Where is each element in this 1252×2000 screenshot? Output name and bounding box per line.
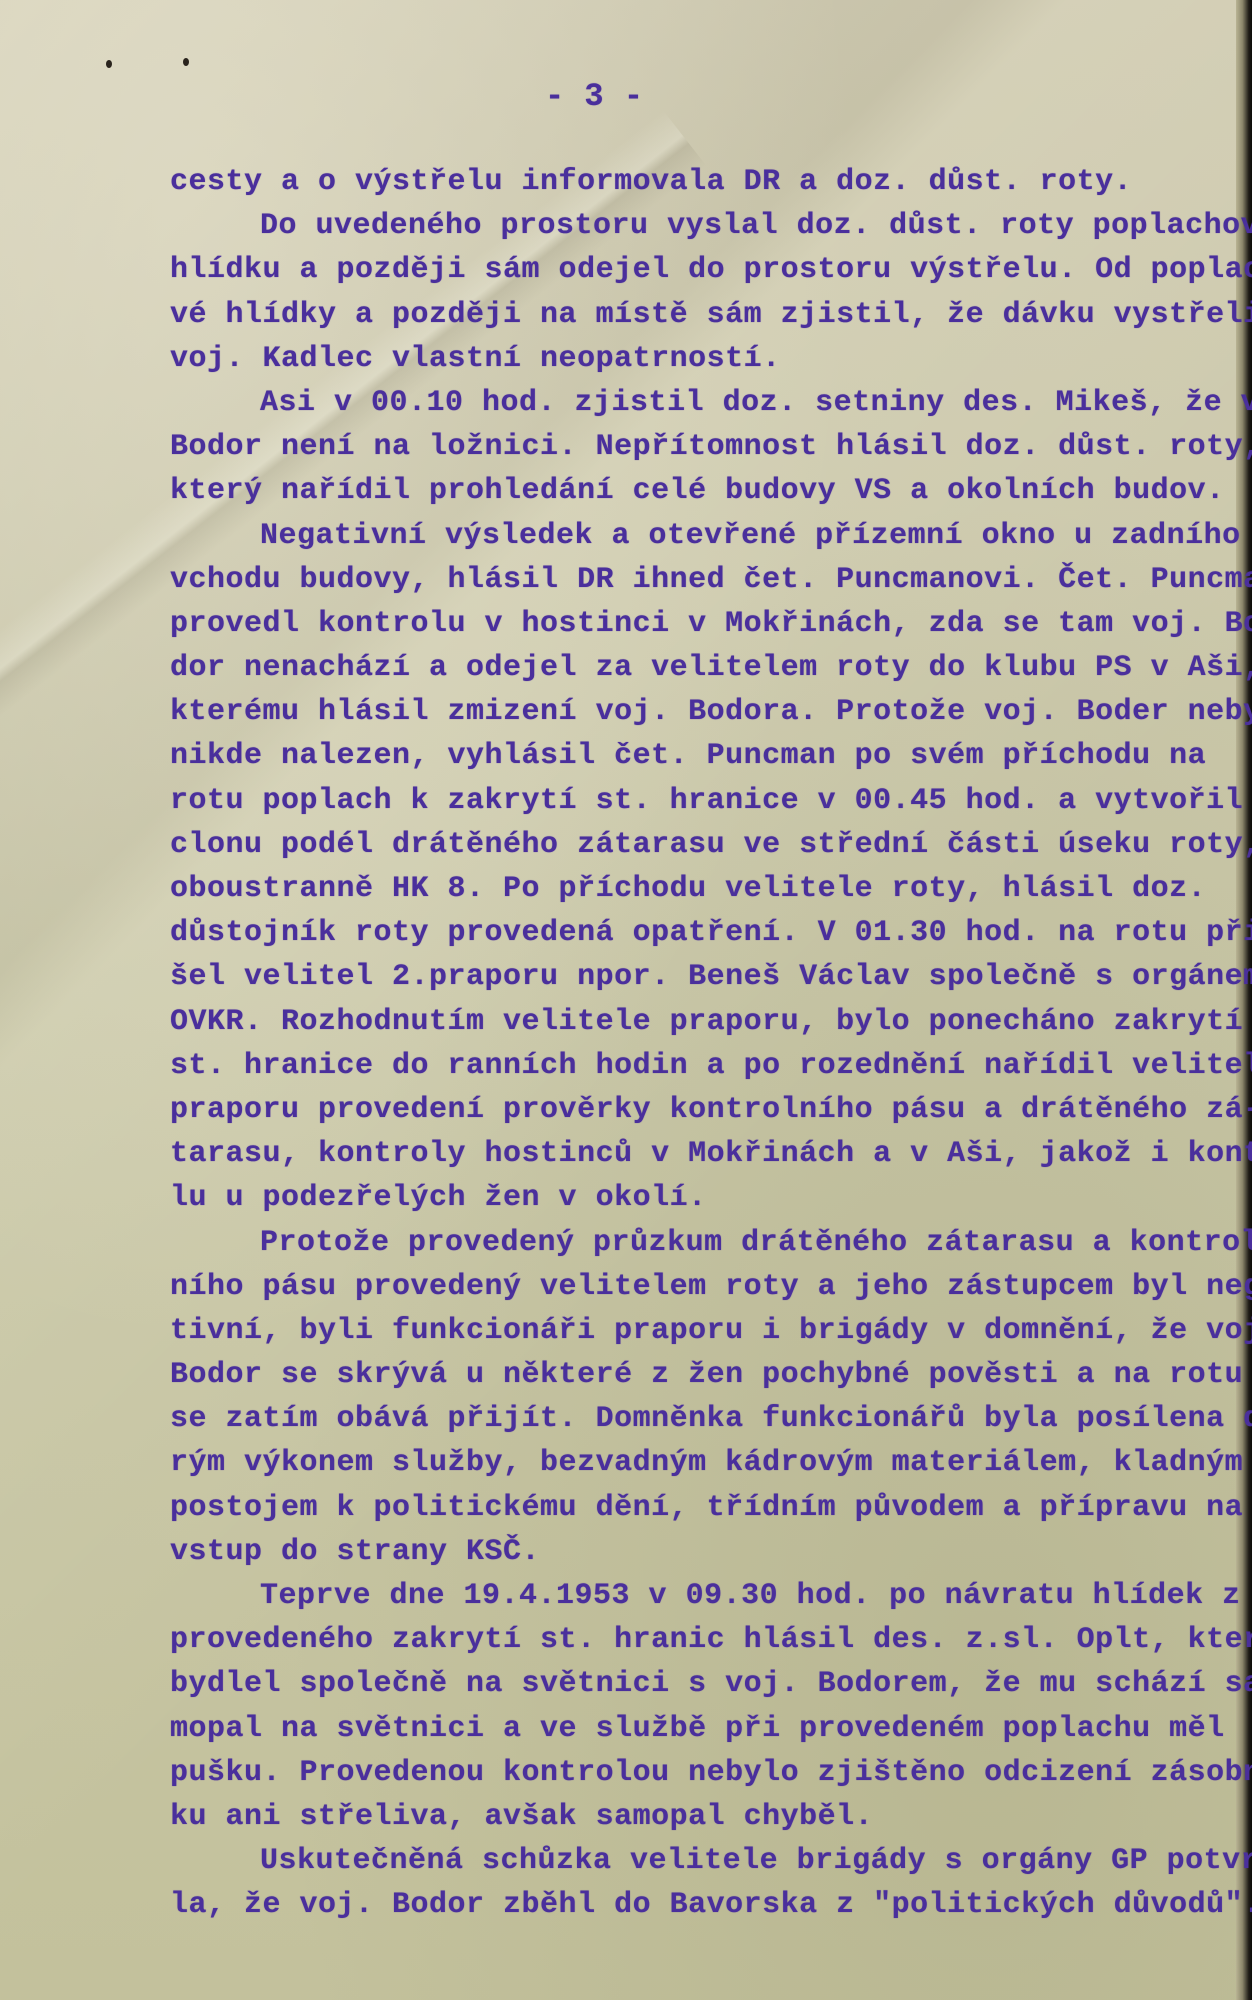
text-line: lu u podezřelých žen v okolí. (170, 1176, 1240, 1220)
text-line: provedeného zakrytí st. hranic hlásil de… (170, 1618, 1240, 1662)
text-line: kterému hlásil zmizení voj. Bodora. Prot… (170, 690, 1240, 734)
text-line: tarasu, kontroly hostinců v Mokřinách a … (170, 1132, 1240, 1176)
text-line: Asi v 00.10 hod. zjistil doz. setniny de… (170, 381, 1240, 425)
text-line: dor nenachází a odejel za velitelem roty… (170, 646, 1240, 690)
text-line: OVKR. Rozhodnutím velitele praporu, bylo… (170, 1000, 1240, 1044)
text-line: rotu poplach k zakrytí st. hranice v 00.… (170, 779, 1240, 823)
punch-hole-mark (106, 60, 112, 68)
text-line: Protože provedený průzkum drátěného záta… (170, 1221, 1240, 1265)
text-line: Bodor není na ložnici. Nepřítomnost hlás… (170, 425, 1240, 469)
text-line: se zatím obává přijít. Domněnka funkcion… (170, 1397, 1240, 1441)
text-line: nikde nalezen, vyhlásil čet. Puncman po … (170, 734, 1240, 778)
text-line: který nařídil prohledání celé budovy VS … (170, 469, 1240, 513)
text-line: pušku. Provedenou kontrolou nebylo zjišt… (170, 1751, 1240, 1795)
text-line: důstojník roty provedená opatření. V 01.… (170, 911, 1240, 955)
text-line: Uskutečněná schůzka velitele brigády s o… (170, 1839, 1240, 1883)
punch-hole-mark (183, 58, 189, 66)
text-line: clonu podél drátěného zátarasu ve středn… (170, 823, 1240, 867)
text-line: ku ani střeliva, avšak samopal chyběl. (170, 1795, 1240, 1839)
text-line: hlídku a později sám odejel do prostoru … (170, 248, 1240, 292)
text-line: rým výkonem služby, bezvadným kádrovým m… (170, 1441, 1240, 1485)
text-line: st. hranice do ranních hodin a po rozedn… (170, 1044, 1240, 1088)
text-line: postojem k politickému dění, třídním pův… (170, 1486, 1240, 1530)
text-line: Do uvedeného prostoru vyslal doz. důst. … (170, 204, 1240, 248)
text-line: vstup do strany KSČ. (170, 1530, 1240, 1574)
text-line: bydlel společně na světnici s voj. Bodor… (170, 1662, 1240, 1706)
text-line: tivní, byli funkcionáři praporu i brigád… (170, 1309, 1240, 1353)
text-line: provedl kontrolu v hostinci v Mokřinách,… (170, 602, 1240, 646)
text-line: mopal na světnici a ve službě při proved… (170, 1707, 1240, 1751)
text-line: Bodor se skrývá u některé z žen pochybné… (170, 1353, 1240, 1397)
text-line: Teprve dne 19.4.1953 v 09.30 hod. po náv… (170, 1574, 1240, 1618)
typed-body-text: cesty a o výstřelu informovala DR a doz.… (170, 160, 1240, 1928)
text-line: šel velitel 2.praporu npor. Beneš Václav… (170, 955, 1240, 999)
text-line: ního pásu provedený velitelem roty a jeh… (170, 1265, 1240, 1309)
text-line: oboustranně HK 8. Po příchodu velitele r… (170, 867, 1240, 911)
text-line: cesty a o výstřelu informovala DR a doz.… (170, 160, 1240, 204)
text-line: vchodu budovy, hlásil DR ihned čet. Punc… (170, 558, 1240, 602)
text-line: voj. Kadlec vlastní neopatrností. (170, 337, 1240, 381)
text-line: vé hlídky a později na místě sám zjistil… (170, 293, 1240, 337)
text-line: Negativní výsledek a otevřené přízemní o… (170, 514, 1240, 558)
page-number: - 3 - (545, 78, 644, 115)
text-line: la, že voj. Bodor zběhl do Bavorska z "p… (170, 1883, 1240, 1927)
text-line: praporu provedení prověrky kontrolního p… (170, 1088, 1240, 1132)
